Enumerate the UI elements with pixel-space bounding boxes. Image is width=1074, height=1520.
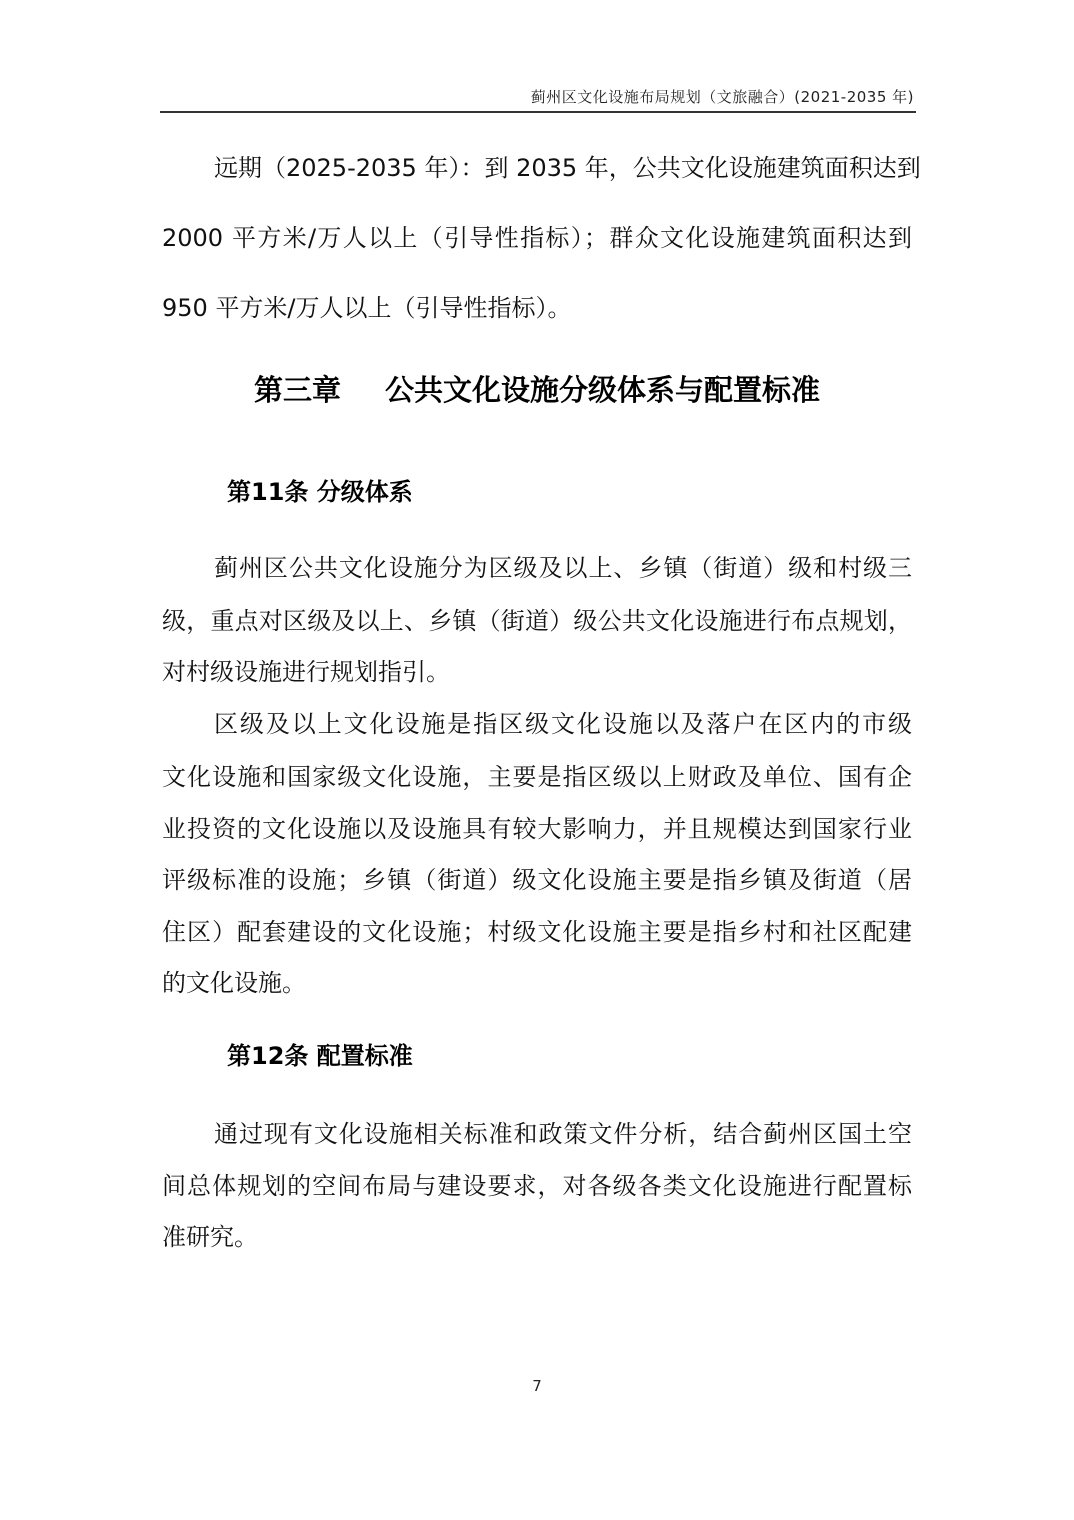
header-divider bbox=[160, 111, 916, 113]
paragraph-line: 住区）配套建设的文化设施；村级文化设施主要是指乡村和社区配建 bbox=[162, 912, 912, 947]
paragraph-line: 区级及以上文化设施是指区级文化设施以及落户在区内的市级 bbox=[214, 704, 912, 739]
paragraph-line: 蓟州区公共文化设施分为区级及以上、乡镇（街道）级和村级三 bbox=[214, 548, 912, 583]
paragraph-line: 通过现有文化设施相关标准和政策文件分析，结合蓟州区国土空 bbox=[214, 1114, 912, 1149]
paragraph-line: 950 平方米/万人以上（引导性指标）。 bbox=[162, 288, 912, 323]
paragraph-line: 2000 平方米/万人以上（引导性指标）；群众文化设施建筑面积达到 bbox=[162, 218, 912, 253]
chapter-title: 公共文化设施分级体系与配置标准 bbox=[385, 373, 820, 407]
paragraph-line: 间总体规划的空间布局与建设要求，对各级各类文化设施进行配置标 bbox=[162, 1166, 912, 1201]
running-header: 蓟州区文化设施布局规划（文旅融合）(2021-2035 年) bbox=[160, 86, 914, 107]
chapter-heading: 第三章公共文化设施分级体系与配置标准 bbox=[0, 368, 1074, 409]
article-heading: 第11条 分级体系 bbox=[227, 472, 413, 507]
chapter-number: 第三章 bbox=[254, 373, 341, 407]
paragraph-line: 业投资的文化设施以及设施具有较大影响力，并且规模达到国家行业 bbox=[162, 809, 912, 844]
paragraph-line: 文化设施和国家级文化设施，主要是指区级以上财政及单位、国有企 bbox=[162, 757, 912, 792]
paragraph-line: 的文化设施。 bbox=[162, 963, 912, 998]
paragraph-line: 对村级设施进行规划指引。 bbox=[162, 652, 912, 687]
paragraph-line: 评级标准的设施；乡镇（街道）级文化设施主要是指乡镇及街道（居 bbox=[162, 860, 912, 895]
page-number: 7 bbox=[0, 1377, 1074, 1395]
article-heading: 第12条 配置标准 bbox=[227, 1036, 413, 1071]
paragraph-line: 准研究。 bbox=[162, 1217, 912, 1252]
paragraph-line: 级，重点对区级及以上、乡镇（街道）级公共文化设施进行布点规划， bbox=[162, 601, 912, 636]
paragraph-line: 远期（2025-2035 年）：到 2035 年，公共文化设施建筑面积达到 bbox=[214, 148, 912, 183]
